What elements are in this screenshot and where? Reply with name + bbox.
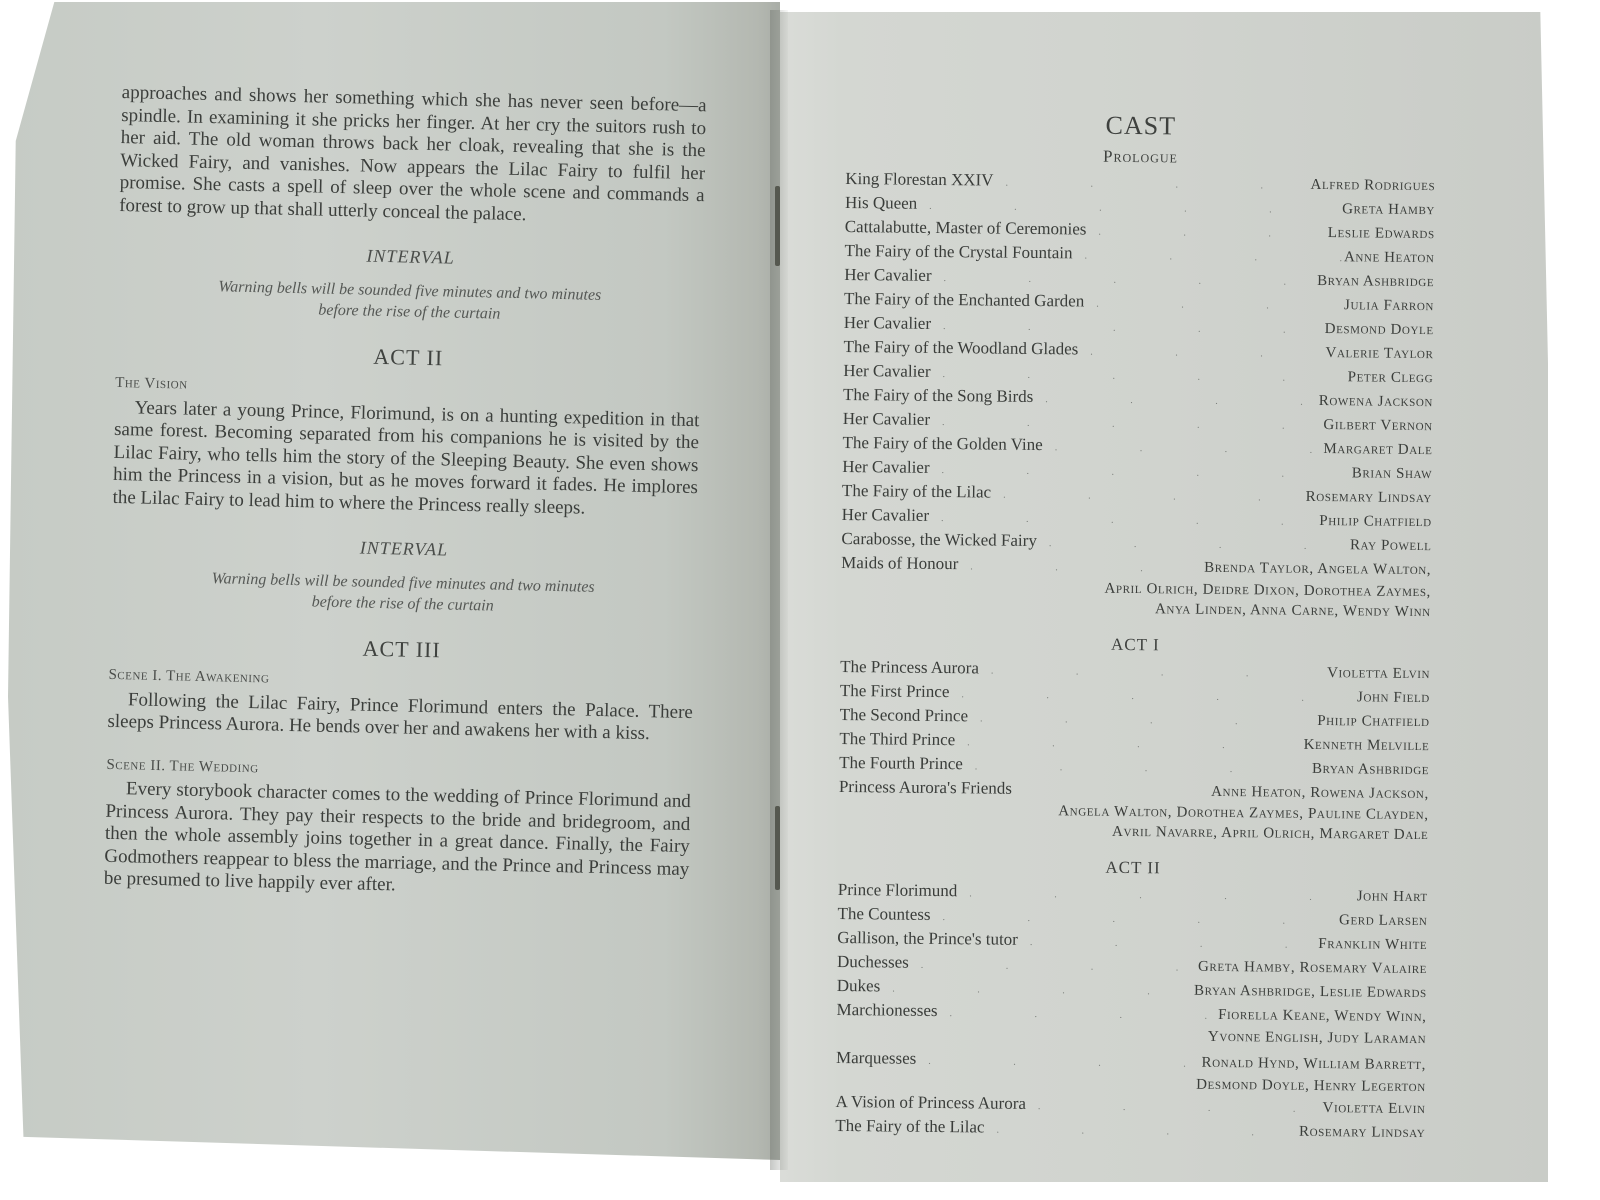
dot-leader: . . . . . . [1086,222,1328,246]
role: The Fairy of the Crystal Fountain [844,240,1072,263]
interval-note-line: Warning bells will be sounded five minut… [218,278,601,304]
dot-leader [1012,794,1211,796]
performer: John Field [1357,687,1430,709]
prologue-heading: Prologue [845,144,1435,170]
performer: Philip Chatfield [1319,511,1432,533]
role: The Fairy of the Song Birds [843,384,1034,407]
performer: Kenneth Melville [1304,735,1430,757]
performer: Greta Hamby [1342,199,1435,221]
performer: Brenda Taylor, Angela Walton, [1204,558,1431,581]
act-ii-heading: ACT II [116,339,701,375]
prologue-cast: King Florestan XXIV. . . . . .Alfred Rod… [841,168,1436,622]
dot-leader: . . . . . . [1026,1096,1323,1120]
dot-leader: . . . . . . [991,485,1306,509]
dot-leader: . . . . . . [937,1003,1218,1027]
book-gutter [770,10,788,1170]
interval-heading: INTERVAL [111,531,696,567]
role: Carabosse, the Wicked Fairy [841,528,1037,551]
dot-leader: . . . . . . [1078,341,1325,365]
role: Cattalabutte, Master of Ceremonies [845,216,1087,240]
dot-leader: . . . . . . [949,684,1357,709]
role: King Florestan XXIV [845,168,993,191]
role: Marchionesses [836,999,937,1021]
dot-leader: . . . . . . [1043,437,1324,461]
performer: Desmond Doyle [1325,319,1434,341]
performer: Anne Heaton [1344,247,1435,269]
dot-leader: . . . . . . [993,173,1310,197]
dot-leader: . . . . . . [957,883,1357,908]
performer: Gilbert Vernon [1323,415,1432,437]
cast-title: CAST [846,108,1436,144]
synopsis-paragraph-act1-end: approaches and shows her something which… [119,82,707,230]
dot-leader: . . . . . . [1084,294,1344,318]
role: The Fairy of the Enchanted Garden [844,288,1084,312]
performer: Peter Clegg [1348,367,1434,389]
interval-heading: INTERVAL [118,239,703,275]
role: Maids of Honour [841,552,958,574]
performer: Ray Powell [1350,535,1432,557]
dot-leader: . . . . . . [958,556,1204,580]
act-i-cast-heading: ACT I [840,632,1430,658]
dot-leader: . . . . . . [909,955,1198,979]
performer: Leslie Edwards [1328,223,1435,245]
performer: John Hart [1357,886,1428,908]
performer: Anne Heaton, Rowena Jackson, [1211,782,1429,805]
dot-leader: . . . . . . [955,732,1304,757]
role: Marquesses [836,1047,916,1069]
performer: Margaret Dale [1323,439,1432,461]
performer: Bryan Ashbridge [1312,759,1429,781]
role: Duchesses [837,951,909,973]
role: The Princess Aurora [840,656,979,678]
performer: Bryan Ashbridge, Leslie Edwards [1194,981,1427,1004]
performer: Violetta Elvin [1327,663,1430,685]
role: The Fairy of the Lilac [835,1115,984,1138]
role: Gallison, the Prince's tutor [837,927,1018,950]
dot-leader: . . . . . . [916,1051,1201,1075]
role: His Queen [845,192,917,214]
interval-note-line: before the rise of the curtain [312,593,494,614]
performer: Rowena Jackson [1319,391,1433,413]
dot-leader: . . . . . . [979,660,1327,685]
synopsis-paragraph-act2: Years later a young Prince, Florimund, i… [112,396,699,522]
performer: Bryan Ashbridge [1317,271,1434,293]
dot-leader: . . . . . . [1033,389,1319,413]
role: Princess Aurora's Friends [839,776,1012,799]
role: The Countess [837,903,930,925]
role: Her Cavalier [843,360,931,382]
role: Her Cavalier [842,456,930,478]
role: Her Cavalier [844,264,932,286]
role: The Fourth Prince [839,752,963,774]
performer: Brian Shaw [1352,463,1433,485]
act-ii-cast: Prince Florimund. . . . . .John Hart The… [835,879,1428,1145]
performer: Valerie Taylor [1325,343,1433,365]
act-i-cast: The Princess Aurora. . . . . .Violetta E… [838,656,1430,845]
cast-list: CAST Prologue King Florestan XXIV. . . .… [835,108,1436,1145]
act-ii-cast-heading: ACT II [838,855,1428,881]
performer: Gerd Larsen [1339,910,1428,932]
act-iii-heading: ACT III [109,631,694,667]
performer: Ronald Hynd, William Barrett, [1201,1053,1426,1076]
role: The Second Prince [840,704,969,726]
performer: Alfred Rodrigues [1310,175,1435,197]
role: The Fairy of the Lilac [842,480,991,503]
performer: Violetta Elvin [1322,1098,1425,1120]
role: The First Prince [840,680,950,702]
dot-leader: . . . . . . [1018,932,1319,956]
role: Her Cavalier [843,408,931,430]
interval-note-line: before the rise of the curtain [318,301,500,322]
role: Dukes [837,975,881,996]
dot-leader: . . . . . . [1037,533,1350,557]
performer: Franklin White [1318,934,1427,956]
performer: Rosemary Lindsay [1299,1122,1425,1144]
interval-note-line: Warning bells will be sounded five minut… [212,570,595,596]
dot-leader: . . . . . . [963,756,1312,781]
synopsis-paragraph-act3-scene2: Every storybook character comes to the w… [104,778,691,904]
role: The Third Prince [839,728,955,750]
performer: Greta Hamby, Rosemary Valaire [1198,957,1427,980]
dot-leader: . . . . . . [1072,245,1344,269]
staple-bottom [775,806,780,890]
synopsis-text: approaches and shows her something which… [104,82,707,904]
performer: Fiorella Keane, Wendy Winn, [1218,1005,1427,1028]
performer: Philip Chatfield [1317,711,1430,733]
interval-note: Warning bells will be sounded five minut… [117,273,703,328]
role: The Fairy of the Golden Vine [842,432,1042,455]
role: Her Cavalier [844,312,932,334]
role: Prince Florimund [838,879,958,901]
role: The Fairy of the Woodland Glades [843,336,1078,359]
role: A Vision of Princess Aurora [835,1091,1026,1114]
interval-note: Warning bells will be sounded five minut… [110,565,696,620]
dot-leader: . . . . . . [984,1120,1299,1144]
staple-top [775,186,780,266]
role: Her Cavalier [842,504,930,526]
dot-leader: . . . . . . [929,460,1351,485]
performer: Rosemary Lindsay [1306,487,1432,509]
dot-leader: . . . . . . [968,708,1317,733]
performer: Julia Farron [1344,295,1434,317]
